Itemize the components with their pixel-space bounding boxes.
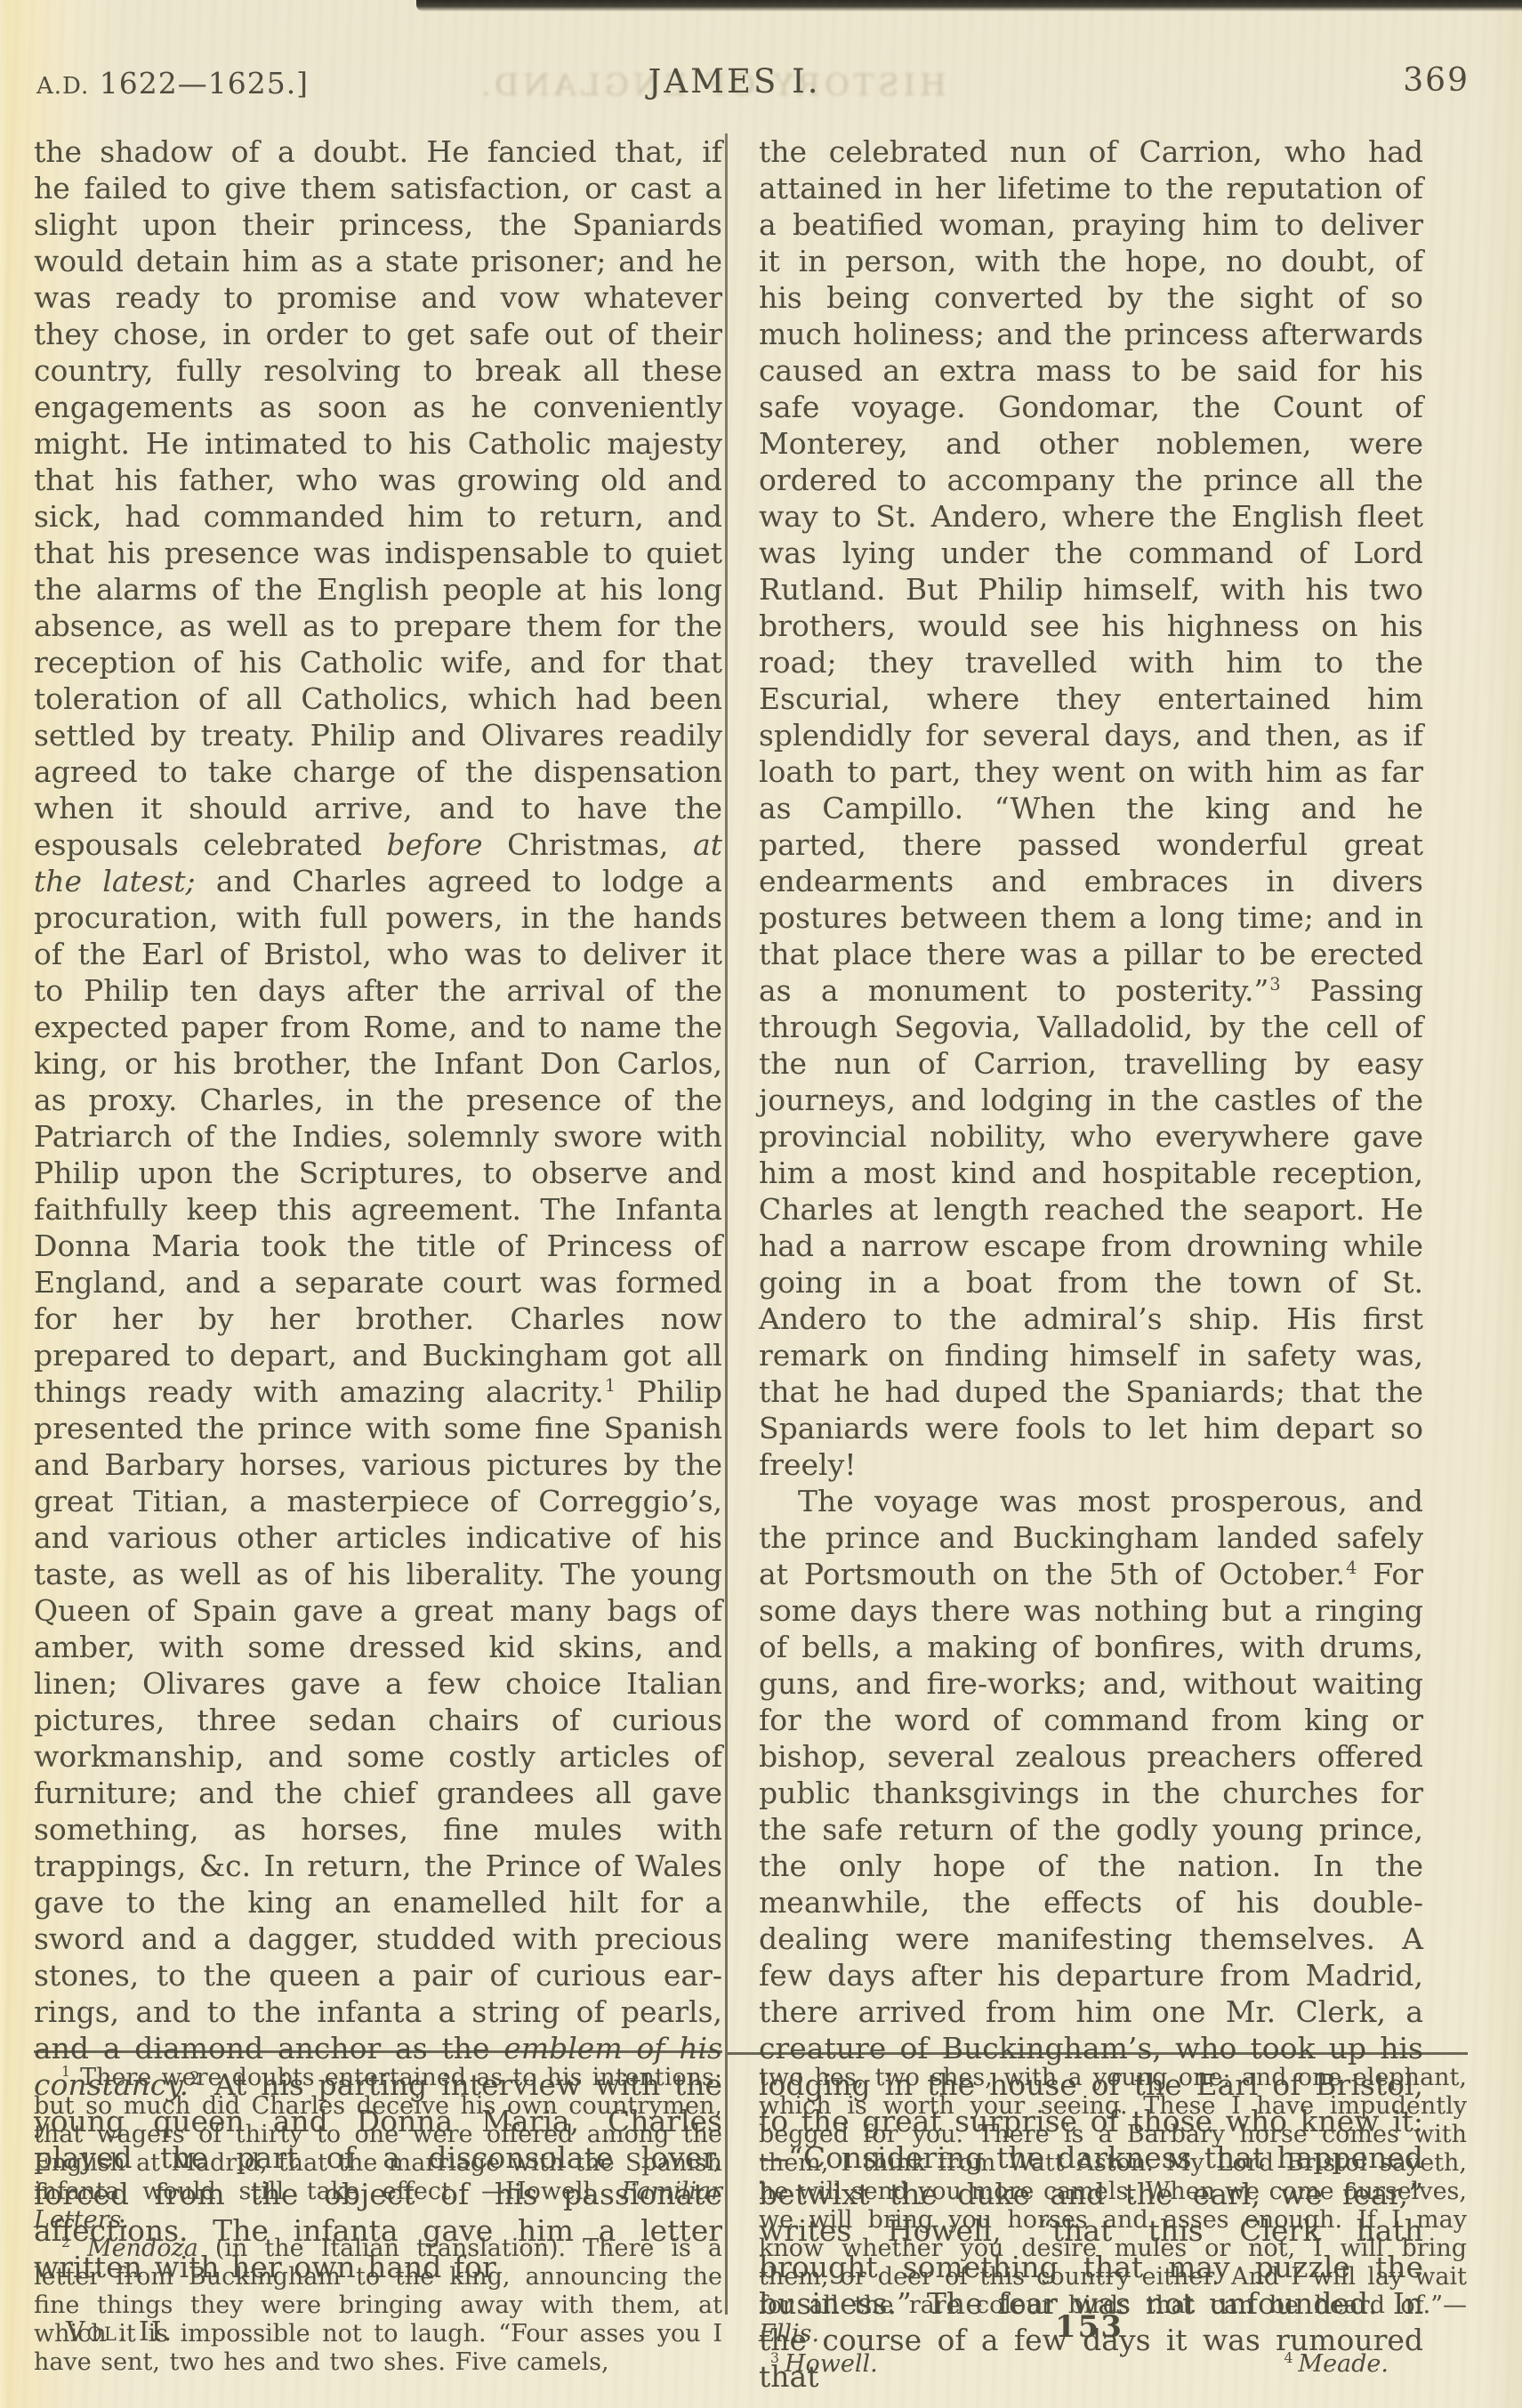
footnote-rule-left <box>34 2050 722 2053</box>
paragraph: two hes, two shes, with a young one; and… <box>759 2064 1467 2348</box>
footnote-ref-howell: 3Howell. <box>769 2350 878 2379</box>
footnote-ref-meade: 4Meade. <box>1283 2350 1389 2379</box>
paragraph: the shadow of a doubt. He fancied that, … <box>34 133 722 2285</box>
page-number: 369 <box>1403 62 1470 99</box>
scan-dark-edge <box>416 0 1522 12</box>
left-text-column: the shadow of a doubt. He fancied that, … <box>34 133 722 2285</box>
paragraph: 2 Mendoza (in the Italian translation). … <box>34 2235 722 2377</box>
column-divider-rule <box>725 133 728 2315</box>
right-text-column: the celebrated nun of Carrion, who had a… <box>759 133 1423 2395</box>
volume-label: Vol. II. <box>66 2316 173 2348</box>
footnote-refs-row: 3Howell. 4Meade. <box>759 2348 1467 2379</box>
footnote-marker-4: 4 <box>1284 2349 1292 2366</box>
signature-number: 153 <box>1055 2309 1123 2345</box>
paragraph: 1 There were doubts entertained as to hi… <box>34 2064 722 2235</box>
footnote-marker-3: 3 <box>770 2349 779 2366</box>
footnote-rule-right <box>728 2052 1468 2055</box>
footnote-continuation: two hes, two shes, with a young one; and… <box>759 2064 1467 2348</box>
paragraph: the celebrated nun of Carrion, who had a… <box>759 133 1423 1483</box>
footnote-ref-label: Howell. <box>785 2350 878 2378</box>
footnote-ref-label: Meade. <box>1298 2350 1389 2378</box>
book-page-scan: HISTORY OF ENGLAND. A.D. 1622—1625.] JAM… <box>0 0 1522 2408</box>
running-header-title: JAMES I. <box>34 62 1435 101</box>
